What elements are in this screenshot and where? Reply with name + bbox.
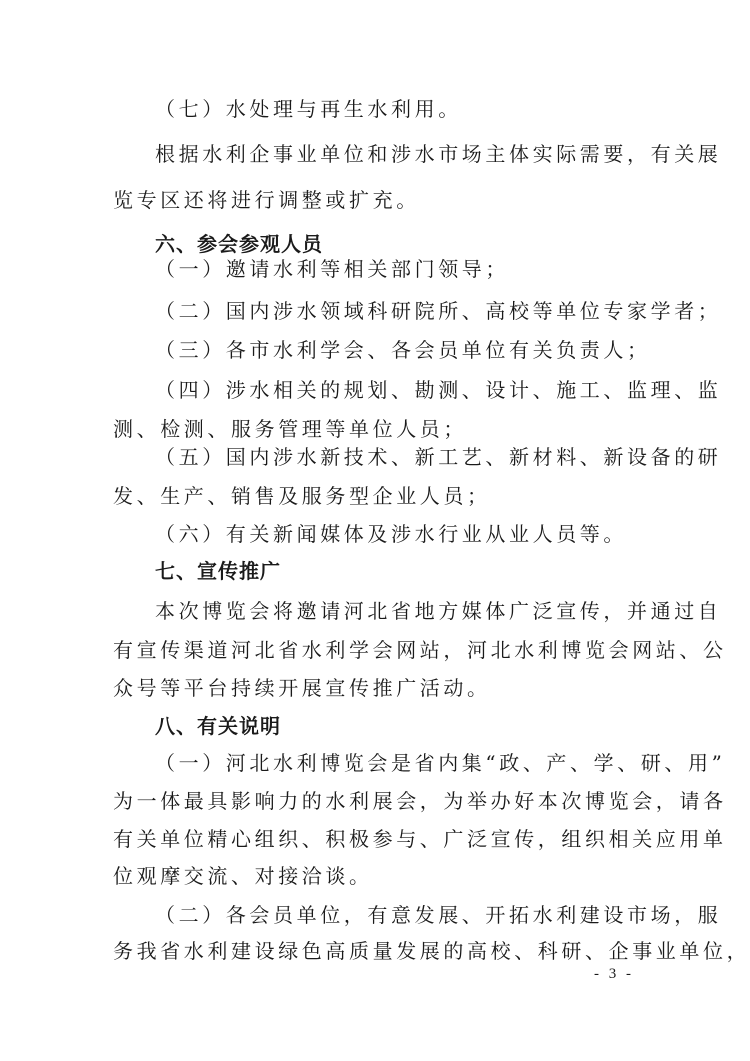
text-line: 为一体最具影响力的水利展会，为举办好本次博览会，请各 bbox=[113, 787, 633, 815]
document-page: （七）水处理与再生水利用。根据水利企事业单位和涉水市场主体实际需要，有关展览专区… bbox=[0, 0, 750, 1061]
text-line: 位观摩交流、对接洽谈。 bbox=[113, 862, 633, 890]
text-line: （二）各会员单位，有意发展、开拓水利建设市场，服 bbox=[155, 901, 675, 929]
text-line: （六）有关新闻媒体及涉水行业从业人员等。 bbox=[155, 520, 675, 548]
text-line: （五）国内涉水新技术、新工艺、新材料、新设备的研 bbox=[155, 443, 675, 471]
text-line: （一）邀请水利等相关部门领导； bbox=[155, 255, 675, 283]
section-heading: 八、有关说明 bbox=[155, 712, 675, 740]
text-line: （七）水处理与再生水利用。 bbox=[155, 95, 675, 123]
text-line: 有宣传渠道河北省水利学会网站，河北水利博览会网站、公 bbox=[113, 636, 633, 664]
page-number: - 3 - bbox=[594, 966, 634, 983]
text-line: （二）国内涉水领域科研院所、高校等单位专家学者； bbox=[155, 297, 675, 325]
text-line: 本次博览会将邀请河北省地方媒体广泛宣传，并通过自 bbox=[155, 597, 675, 625]
text-line: 览专区还将进行调整或扩充。 bbox=[113, 186, 633, 214]
section-heading: 六、参会参观人员 bbox=[155, 230, 675, 258]
text-line: 发、生产、销售及服务型企业人员； bbox=[113, 482, 633, 510]
text-line: 众号等平台持续开展宣传推广活动。 bbox=[113, 674, 633, 702]
text-line: 根据水利企事业单位和涉水市场主体实际需要，有关展 bbox=[155, 140, 675, 168]
text-line: （三）各市水利学会、各会员单位有关负责人； bbox=[155, 336, 675, 364]
text-line: 有关单位精心组织、积极参与、广泛宣传，组织相关应用单 bbox=[113, 825, 633, 853]
text-line: （四）涉水相关的规划、勘测、设计、施工、监理、监 bbox=[155, 376, 675, 404]
text-line: 务我省水利建设绿色高质量发展的高校、科研、企事业单位， bbox=[113, 937, 633, 965]
text-line: （一）河北水利博览会是省内集“政、产、学、研、用” bbox=[155, 749, 675, 777]
text-line: 测、检测、服务管理等单位人员； bbox=[113, 415, 633, 443]
section-heading: 七、宣传推广 bbox=[155, 557, 675, 585]
